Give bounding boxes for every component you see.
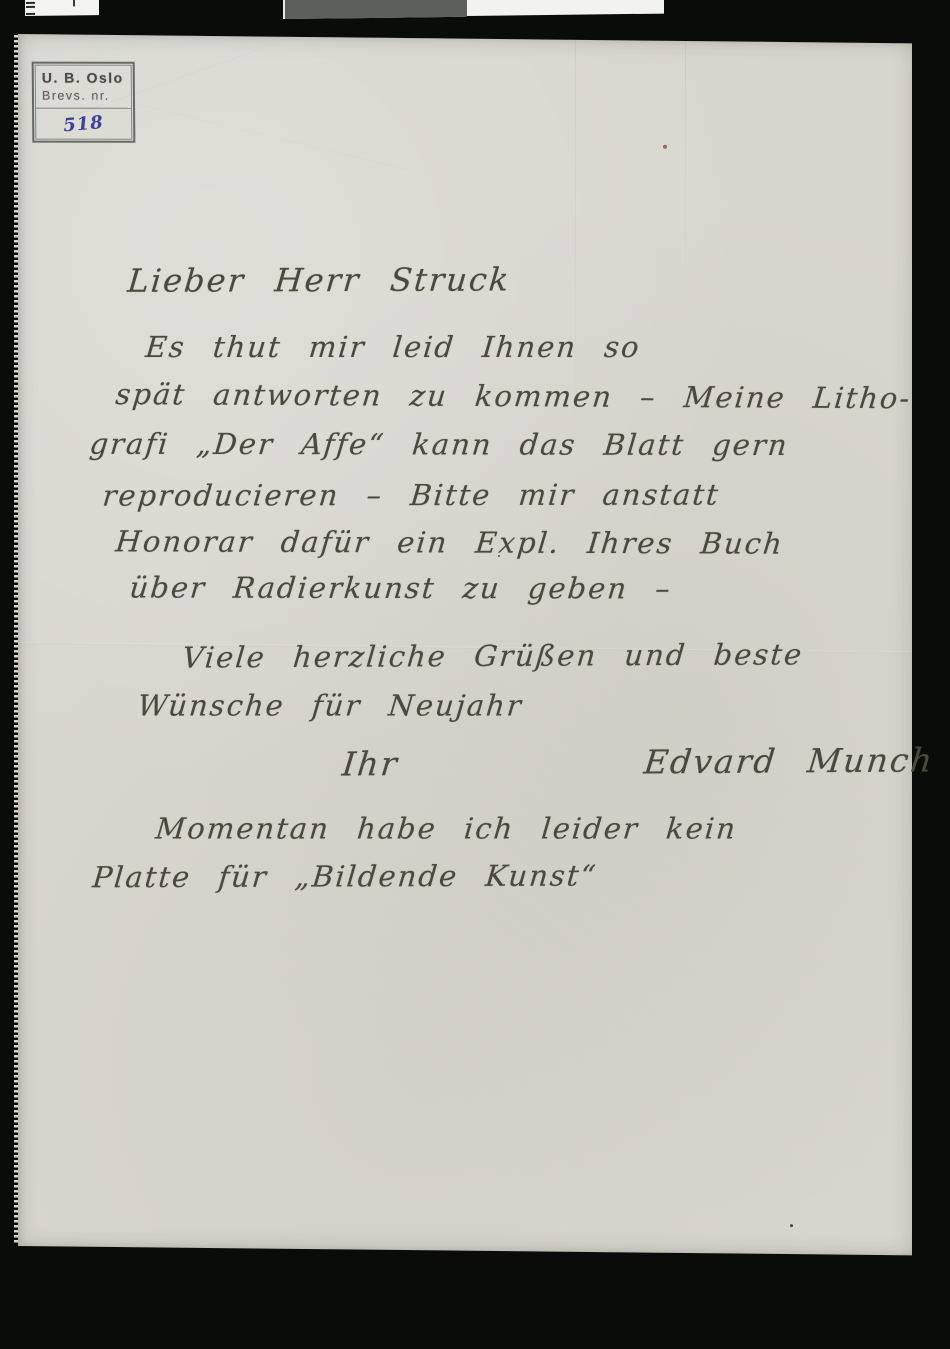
archive-stamp-number-cell: 518 (36, 109, 131, 139)
archive-stamp-label: Brevs. nr. (42, 89, 126, 103)
calibration-strip-white-left (25, 0, 99, 16)
scan-background: U. B. Oslo Brevs. nr. 518 Lieber Herr St… (0, 0, 950, 1349)
archive-stamp-inner-border: U. B. Oslo Brevs. nr. 518 (35, 65, 133, 140)
postscript-line: Platte für „Bildende Kunst“ (91, 859, 599, 895)
letter-line: spät antworten zu kommen – Meine Litho- (114, 377, 913, 415)
letter-line: grafi „Der Affe“ kann das Blatt gern (88, 427, 790, 462)
paper-speck (498, 555, 500, 557)
archive-stamp: U. B. Oslo Brevs. nr. 518 (32, 62, 136, 143)
signature-line: Ihr Edvard Munch (340, 740, 936, 783)
archive-stamp-institution: U. B. Oslo (42, 70, 126, 86)
letter-line: reproducieren – Bitte mir anstatt (101, 478, 721, 513)
paper-speck (790, 1224, 793, 1227)
paper-crease (685, 41, 686, 341)
paper-crease (117, 99, 410, 171)
letter-line: Honorar dafür ein Expl. Ihres Buch (114, 524, 785, 560)
letter-line: Es thut mir leid Ihnen so (144, 330, 642, 364)
calibration-strip-gray (285, 0, 467, 19)
archive-number: 518 (62, 111, 104, 135)
perforated-edge (14, 35, 18, 1245)
calibration-strip-white-right (467, 0, 664, 16)
letter-line: über Radierkunst zu geben – (128, 571, 673, 606)
salutation-line: Lieber Herr Struck (126, 261, 512, 300)
letter-page: U. B. Oslo Brevs. nr. 518 Lieber Herr St… (18, 34, 912, 1255)
calibration-lines-icon (26, 2, 35, 15)
paper-speck (663, 145, 667, 149)
postscript-line: Momentan habe ich leider kein (154, 812, 738, 846)
calibration-tick-icon (73, 0, 75, 6)
closing-line: Viele herzliche Grüßen und beste (181, 637, 805, 674)
closing-line: Wünsche für Neujahr (136, 688, 524, 722)
archive-stamp-header: U. B. Oslo Brevs. nr. (36, 66, 131, 109)
